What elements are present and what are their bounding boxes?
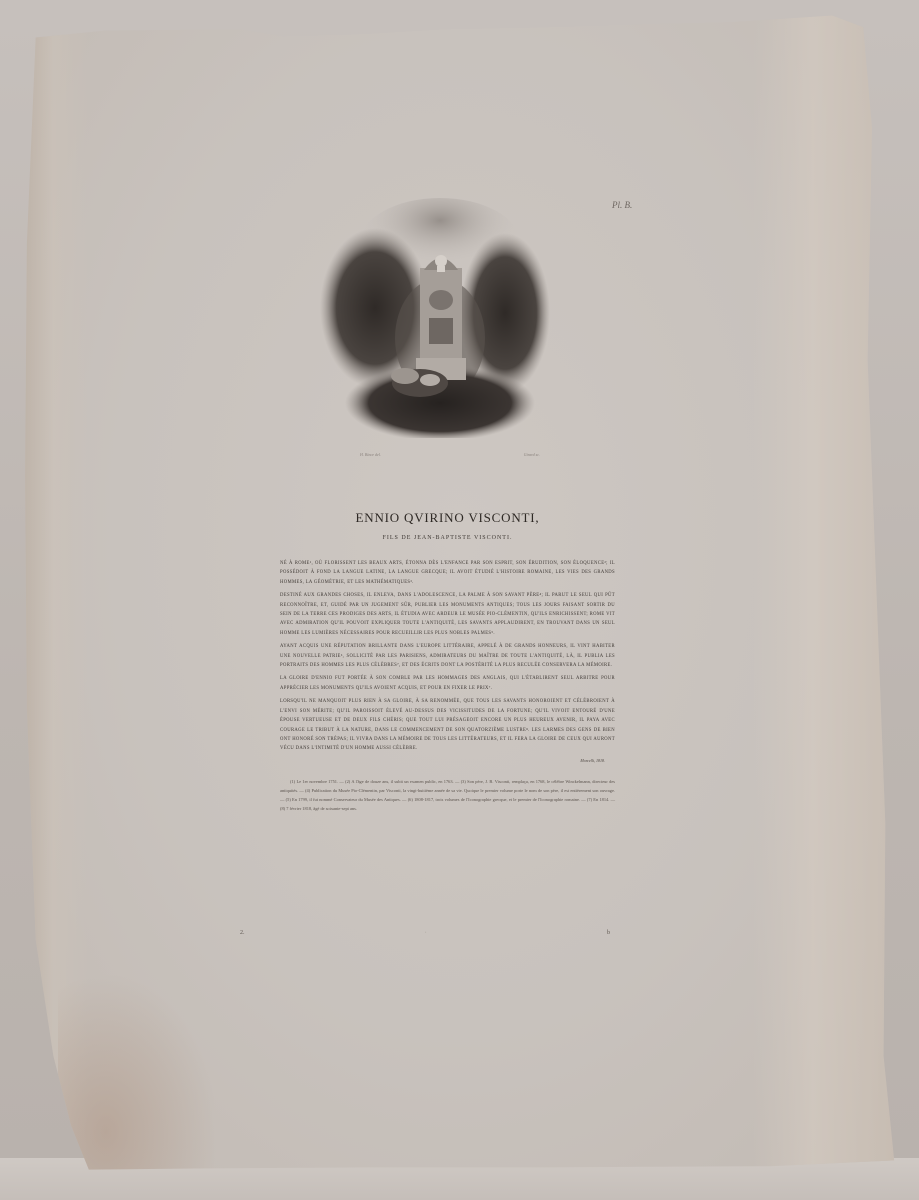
paragraph-2: Destiné aux grandes choses, il enleva, d… (280, 591, 615, 638)
paragraph-1: Né à Rome¹, où florissent les beaux arts… (280, 559, 615, 587)
signature-right: Girard sc. (524, 452, 540, 457)
plate-number: Pl. B. (612, 200, 632, 210)
signature-left: H. Bince del. (360, 452, 381, 457)
page-subtitle: FILS DE JEAN-BAPTISTE VISCONTI. (280, 535, 615, 541)
edge-stain-bottom-left (58, 972, 218, 1172)
signature-mark-right: b (607, 930, 610, 936)
paragraph-5: Lorsqu'il ne manquoit plus rien à sa glo… (280, 697, 615, 753)
author-signoff: Morcelli, 1818. (280, 758, 605, 763)
signature-mark-left: 2. (240, 930, 245, 936)
page-title: ENNIO QVIRINO VISCONTI, (280, 510, 615, 526)
paragraph-3: Ayant acquis une réputation brillante da… (280, 642, 615, 670)
engraved-vignette (320, 188, 552, 438)
page-marks: 2. · b (240, 930, 610, 936)
biography-text: ENNIO QVIRINO VISCONTI, FILS DE JEAN-BAP… (280, 510, 615, 813)
footnotes: (1) Le 1er novembre 1751. — (2) A l'âge … (280, 777, 615, 813)
paragraph-4: La gloire d'Ennio fut portée à son combl… (280, 674, 615, 693)
signature-mark-center: · (425, 930, 427, 936)
engraver-signatures: H. Bince del. Girard sc. (360, 452, 540, 457)
monument-engraving-icon (320, 188, 552, 438)
